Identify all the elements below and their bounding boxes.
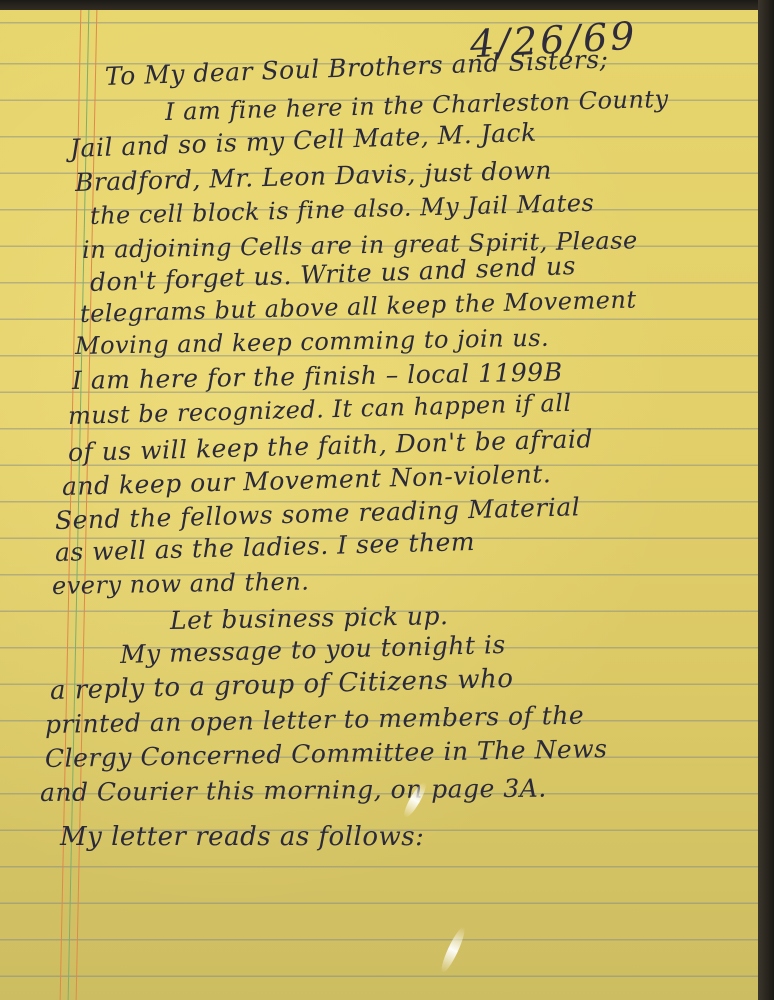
letter-line: the cell block is fine also. My Jail Mat…	[90, 189, 595, 230]
letter-line-closing: My letter reads as follows:	[60, 822, 424, 852]
letter-line: a reply to a group of Citizens who	[50, 664, 514, 706]
letter-line: My message to you tonight is	[120, 630, 507, 669]
letter-line: Moving and keep comming to join us.	[75, 324, 550, 360]
letter-line: must be recognized. It can happen if all	[68, 389, 572, 430]
letter-line: printed an open letter to members of the	[45, 701, 585, 739]
letter-line: Let business pick up.	[170, 601, 449, 635]
salutation: To My dear Soul Brothers and Sisters;	[104, 44, 608, 91]
frame-right-edge	[758, 0, 774, 1000]
handwritten-letter: 4/26/69 To My dear Soul Brothers and Sis…	[0, 10, 758, 1000]
letter-line: every now and then.	[52, 568, 310, 600]
letter-line: I am here for the finish – local 1199B	[72, 357, 563, 395]
letter-line: and Courier this morning, on page 3A.	[40, 774, 547, 807]
letter-line: I am fine here in the Charleston County	[165, 85, 669, 126]
letter-line: Clergy Concerned Committee in The News	[45, 734, 608, 773]
legal-pad-page: 4/26/69 To My dear Soul Brothers and Sis…	[0, 10, 758, 1000]
letter-line: Jail and so is my Cell Mate, M. Jack	[69, 118, 537, 163]
